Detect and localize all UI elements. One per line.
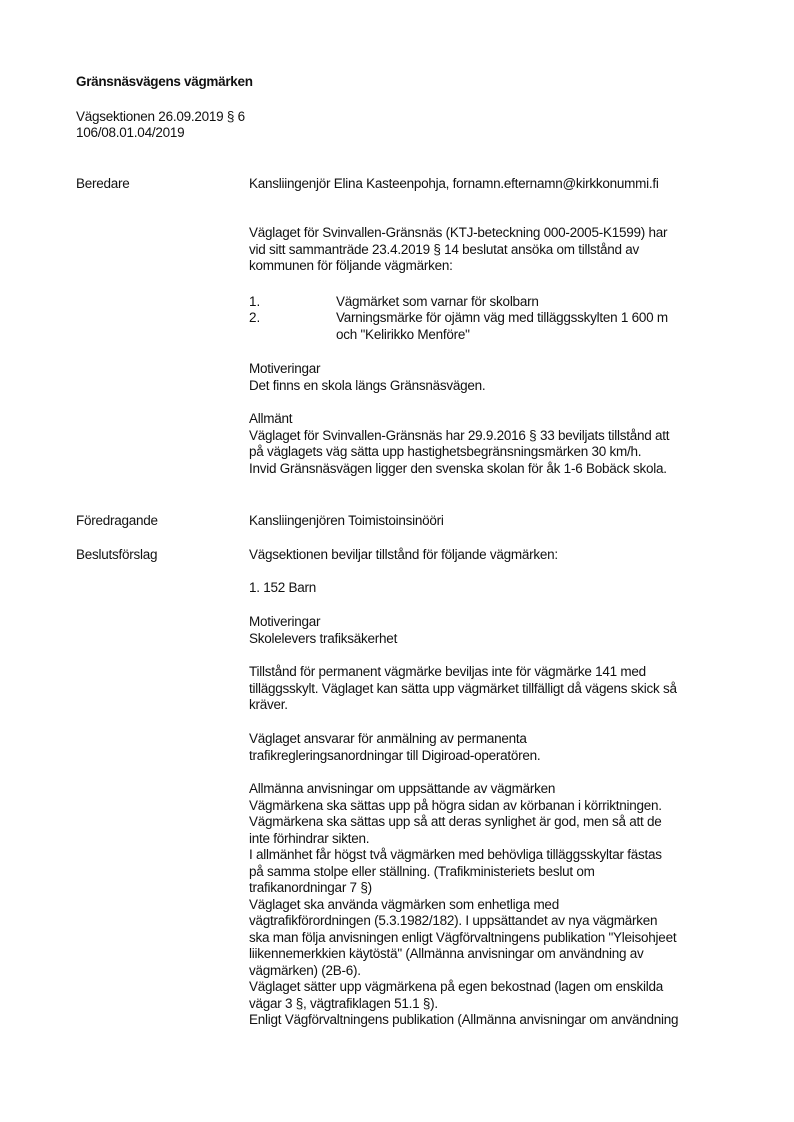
instructions-line: I allmänhet får högst två vägmärken med … — [249, 847, 749, 864]
general-section: Allmänt Väglaget för Svinvallen-Gränsnäs… — [249, 411, 749, 477]
intro-paragraph: Väglaget för Svinvallen-Gränsnäs (KTJ-be… — [249, 225, 749, 275]
intro-line: vid sitt sammanträde 23.4.2019 § 14 besl… — [249, 242, 749, 259]
general-line: Invid Gränsnäsvägen ligger den svenska s… — [249, 461, 749, 478]
responsibility-paragraph: Väglaget ansvarar för anmälning av perma… — [249, 731, 749, 764]
document-title: Gränsnäsvägens vägmärken — [76, 74, 253, 91]
instructions-section: Allmänna anvisningar om uppsättande av v… — [249, 781, 749, 1029]
list-number: 1. — [249, 294, 260, 311]
denial-line: Tillstånd för permanent vägmärke bevilja… — [249, 664, 749, 681]
record-number: 106/08.01.04/2019 — [76, 125, 184, 142]
instructions-line: Enligt Vägförvaltningens publikation (Al… — [249, 1012, 749, 1029]
instructions-line: inte förhindrar sikten. — [249, 831, 749, 848]
preparer-label: Beredare — [76, 176, 130, 193]
denial-line: kräver. — [249, 697, 749, 714]
presenter-value: Kansliingenjören Toimistoinsinööri — [249, 513, 444, 530]
general-line: Väglaget för Svinvallen-Gränsnäs har 29.… — [249, 428, 749, 445]
motivation-text: Det finns en skola längs Gränsnäsvägen. — [249, 378, 749, 395]
list-item-text: och "Kelirikko Menföre" — [336, 327, 470, 344]
motivation-heading: Motiveringar — [249, 361, 749, 378]
preparer-value: Kansliingenjör Elina Kasteenpohja, forna… — [249, 176, 659, 193]
document-page: Gränsnäsvägens vägmärken Vägsektionen 26… — [0, 0, 794, 1122]
responsibility-line: Väglaget ansvarar för anmälning av perma… — [249, 731, 749, 748]
denial-paragraph: Tillstånd för permanent vägmärke bevilja… — [249, 664, 749, 714]
proposal-intro: Vägsektionen beviljar tillstånd för följ… — [249, 547, 558, 564]
instructions-line: ska man följa anvisningen enligt Vägförv… — [249, 930, 749, 947]
meeting-reference: Vägsektionen 26.09.2019 § 6 — [76, 109, 245, 126]
general-heading: Allmänt — [249, 411, 749, 428]
proposal-motivation: Motiveringar Skolelevers trafiksäkerhet — [249, 614, 749, 647]
instructions-line: Väglaget ska använda vägmärken som enhet… — [249, 897, 749, 914]
instructions-line: trafikanordningar 7 §) — [249, 880, 749, 897]
intro-line: kommunen för följande vägmärken: — [249, 258, 749, 275]
general-line: på väglagets väg sätta upp hastighetsbeg… — [249, 444, 749, 461]
instructions-line: liikennemerkkien käytöstä" (Allmänna anv… — [249, 946, 749, 963]
denial-line: tilläggsskylt. Väglaget kan sätta upp vä… — [249, 681, 749, 698]
intro-line: Väglaget för Svinvallen-Gränsnäs (KTJ-be… — [249, 225, 749, 242]
instructions-line: vägtrafikförordningen (5.3.1982/182). I … — [249, 913, 749, 930]
proposal-motivation-heading: Motiveringar — [249, 614, 749, 631]
instructions-heading: Allmänna anvisningar om uppsättande av v… — [249, 781, 749, 798]
instructions-line: Vägmärkena ska sättas upp på högra sidan… — [249, 798, 749, 815]
instructions-line: Vägmärkena ska sättas upp så att deras s… — [249, 814, 749, 831]
proposal-motivation-text: Skolelevers trafiksäkerhet — [249, 631, 749, 648]
list-number: 2. — [249, 310, 260, 327]
instructions-line: vägmärken) (2B-6). — [249, 963, 749, 980]
proposal-item: 1. 152 Barn — [249, 580, 316, 597]
responsibility-line: trafikregleringsanordningar till Digiroa… — [249, 748, 749, 765]
proposal-label: Beslutsförslag — [76, 547, 157, 564]
instructions-line: vägar 3 §, vägtrafiklagen 51.1 §). — [249, 996, 749, 1013]
instructions-line: på samma stolpe eller ställning. (Trafik… — [249, 864, 749, 881]
list-item-text: Varningsmärke för ojämn väg med tilläggs… — [336, 310, 668, 327]
instructions-line: Väglaget sätter upp vägmärkena på egen b… — [249, 979, 749, 996]
list-item-text: Vägmärket som varnar för skolbarn — [336, 294, 539, 311]
motivation-section: Motiveringar Det finns en skola längs Gr… — [249, 361, 749, 394]
presenter-label: Föredragande — [76, 513, 158, 530]
